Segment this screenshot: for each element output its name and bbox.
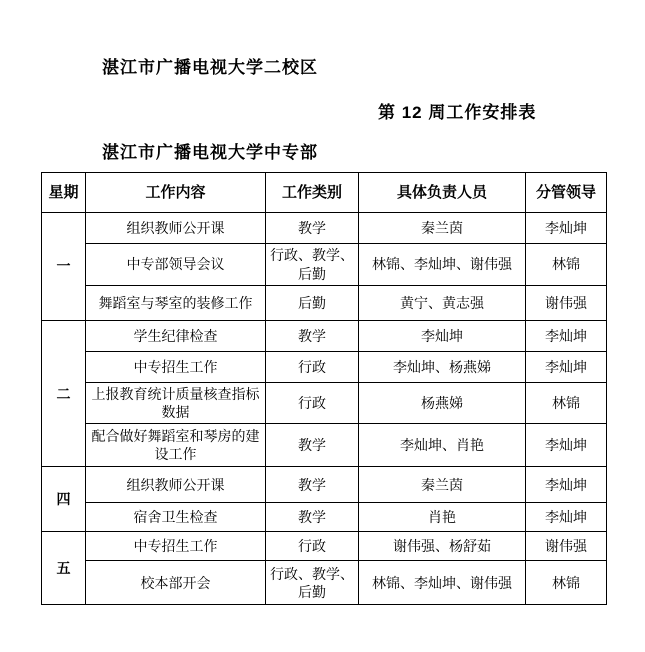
cell-responsible: 林锦、李灿坤、谢伟强 [359, 561, 526, 605]
cell-work-category: 行政 [266, 352, 359, 383]
document-page: 湛江市广播电视大学二校区 第 12 周工作安排表 湛江市广播电视大学中专部 星期… [0, 0, 645, 652]
table-row: 中专部领导会议 行政、教学、后勤 林锦、李灿坤、谢伟强 林锦 [42, 244, 607, 286]
cell-work-content: 舞蹈室与琴室的装修工作 [86, 286, 266, 321]
table-row: 舞蹈室与琴室的装修工作 后勤 黄宁、黄志强 谢伟强 [42, 286, 607, 321]
week-schedule-title: 第 12 周工作安排表 [378, 98, 536, 123]
column-header-responsible: 具体负责人员 [359, 173, 526, 213]
table-row: 一 组织教师公开课 教学 秦兰茵 李灿坤 [42, 213, 607, 244]
table-row: 配合做好舞蹈室和琴房的建设工作 教学 李灿坤、肖艳 李灿坤 [42, 424, 607, 467]
table-row: 二 学生纪律检查 教学 李灿坤 李灿坤 [42, 321, 607, 352]
table-row: 中专招生工作 行政 李灿坤、杨燕娣 李灿坤 [42, 352, 607, 383]
cell-work-category: 教学 [266, 424, 359, 467]
table-row: 校本部开会 行政、教学、后勤 林锦、李灿坤、谢伟强 林锦 [42, 561, 607, 605]
cell-work-content: 上报教育统计质量核查指标数据 [86, 383, 266, 424]
cell-work-category: 教学 [266, 321, 359, 352]
cell-leader: 李灿坤 [526, 424, 607, 467]
cell-responsible: 秦兰茵 [359, 467, 526, 503]
cell-leader: 谢伟强 [526, 532, 607, 561]
cell-work-category: 教学 [266, 467, 359, 503]
cell-leader: 谢伟强 [526, 286, 607, 321]
day-label-thursday: 四 [42, 467, 86, 532]
cell-leader: 李灿坤 [526, 213, 607, 244]
cell-work-content: 校本部开会 [86, 561, 266, 605]
campus-title: 湛江市广播电视大学二校区 [102, 53, 318, 78]
cell-responsible: 谢伟强、杨舒茹 [359, 532, 526, 561]
cell-leader: 李灿坤 [526, 467, 607, 503]
column-header-leader: 分管领导 [526, 173, 607, 213]
table-row: 宿舍卫生检查 教学 肖艳 李灿坤 [42, 503, 607, 532]
day-label-tuesday: 二 [42, 321, 86, 467]
cell-responsible: 李灿坤、杨燕娣 [359, 352, 526, 383]
cell-leader: 李灿坤 [526, 503, 607, 532]
cell-leader: 林锦 [526, 383, 607, 424]
day-label-monday: 一 [42, 213, 86, 321]
cell-work-content: 配合做好舞蹈室和琴房的建设工作 [86, 424, 266, 467]
department-title: 湛江市广播电视大学中专部 [102, 138, 318, 163]
cell-leader: 李灿坤 [526, 321, 607, 352]
work-schedule-table: 星期 工作内容 工作类别 具体负责人员 分管领导 一 组织教师公开课 教学 秦兰… [41, 172, 607, 605]
cell-work-category: 行政 [266, 532, 359, 561]
cell-leader: 林锦 [526, 244, 607, 286]
cell-work-content: 中专招生工作 [86, 352, 266, 383]
cell-responsible: 黄宁、黄志强 [359, 286, 526, 321]
cell-work-content: 中专部领导会议 [86, 244, 266, 286]
cell-responsible: 李灿坤 [359, 321, 526, 352]
cell-work-content: 中专招生工作 [86, 532, 266, 561]
cell-responsible: 肖艳 [359, 503, 526, 532]
table-row: 四 组织教师公开课 教学 秦兰茵 李灿坤 [42, 467, 607, 503]
column-header-content: 工作内容 [86, 173, 266, 213]
cell-work-content: 宿舍卫生检查 [86, 503, 266, 532]
cell-responsible: 秦兰茵 [359, 213, 526, 244]
cell-work-content: 学生纪律检查 [86, 321, 266, 352]
column-header-day: 星期 [42, 173, 86, 213]
table-header-row: 星期 工作内容 工作类别 具体负责人员 分管领导 [42, 173, 607, 213]
cell-responsible: 杨燕娣 [359, 383, 526, 424]
cell-work-category: 教学 [266, 213, 359, 244]
cell-work-content: 组织教师公开课 [86, 467, 266, 503]
cell-work-category: 教学 [266, 503, 359, 532]
cell-work-category: 后勤 [266, 286, 359, 321]
table-row: 上报教育统计质量核查指标数据 行政 杨燕娣 林锦 [42, 383, 607, 424]
cell-responsible: 林锦、李灿坤、谢伟强 [359, 244, 526, 286]
cell-work-content: 组织教师公开课 [86, 213, 266, 244]
cell-leader: 李灿坤 [526, 352, 607, 383]
cell-responsible: 李灿坤、肖艳 [359, 424, 526, 467]
cell-work-category: 行政、教学、后勤 [266, 561, 359, 605]
table-row: 五 中专招生工作 行政 谢伟强、杨舒茹 谢伟强 [42, 532, 607, 561]
cell-leader: 林锦 [526, 561, 607, 605]
cell-work-category: 行政 [266, 383, 359, 424]
day-label-friday: 五 [42, 532, 86, 605]
column-header-category: 工作类别 [266, 173, 359, 213]
cell-work-category: 行政、教学、后勤 [266, 244, 359, 286]
